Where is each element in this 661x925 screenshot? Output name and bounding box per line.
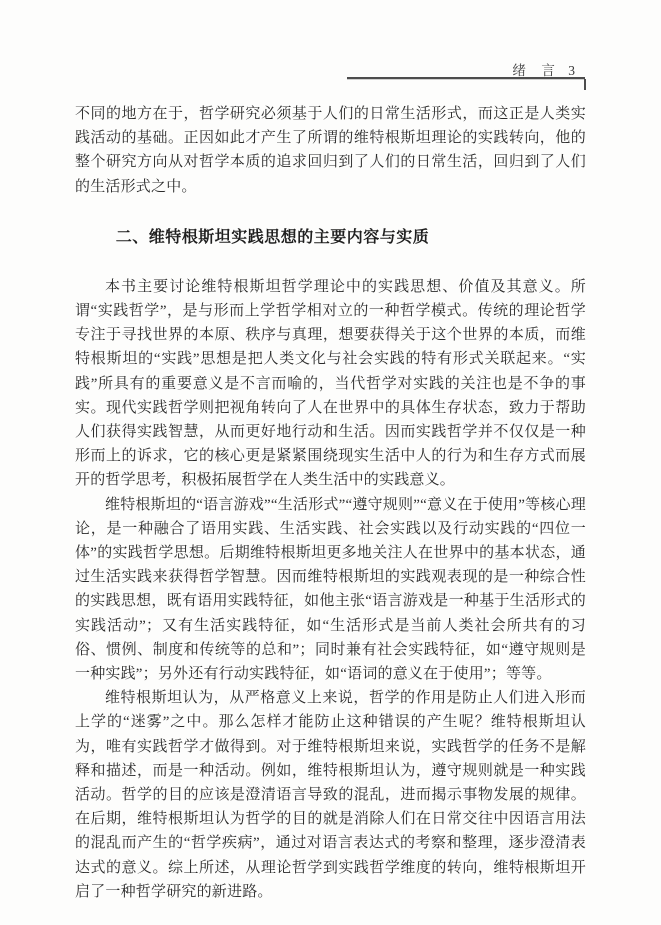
paragraph-philosophy-purpose: 维特根斯坦认为，从严格意义上来说，哲学的作用是防止人们进入形而上学的“迷雾”之中… [75, 686, 586, 904]
running-header-title: 绪 言 [512, 63, 556, 78]
page-number: 3 [568, 63, 575, 78]
header-rule [347, 77, 585, 79]
book-page: 绪 言 3 不同的地方在于，哲学研究必须基于人们的日常生活形式，而这正是人类实践… [0, 0, 661, 925]
paragraph-core-theories: 维特根斯坦的“语言游戏”“生活形式”“遵守规则”“意义在于使用”等核心理论，是一… [75, 493, 586, 687]
paragraph-practice-philosophy: 本书主要讨论维特根斯坦哲学理论中的实践思想、价值及其意义。所谓“实践哲学”，是与… [75, 275, 586, 493]
paragraph-continuation: 不同的地方在于，哲学研究必须基于人们的日常生活形式，而这正是人类实践活动的基础。… [75, 102, 586, 199]
page-content: 不同的地方在于，哲学研究必须基于人们的日常生活形式，而这正是人类实践活动的基础。… [75, 102, 586, 904]
section-heading: 二、维特根斯坦实践思想的主要内容与实质 [75, 227, 586, 249]
running-header: 绪 言 3 [512, 59, 575, 79]
